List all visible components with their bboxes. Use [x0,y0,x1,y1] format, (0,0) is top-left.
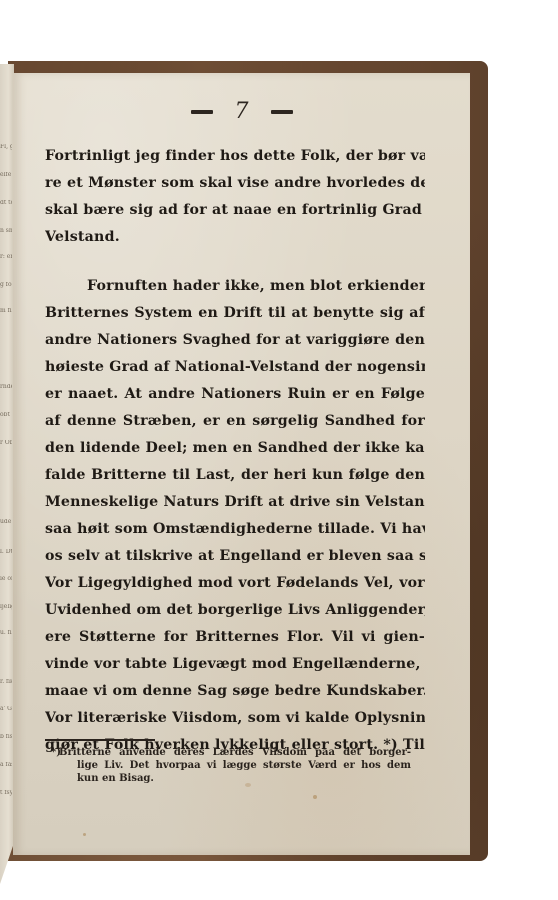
text-line: saa høit som Omstændighederne tillade. V… [45,516,425,543]
left-page-fragment: r Ob [0,440,12,446]
text-line: Vor literæriske Viisdom, som vi kalde Op… [45,705,425,732]
footnote-rule [45,739,155,741]
text-line: den lidende Deel; men en Sandhed der ikk… [45,435,425,462]
text-line: af denne Stræben, er en sørgelig Sandhed… [45,408,425,435]
header-dash-right [271,110,293,114]
text-line: Velstand. [45,224,425,251]
text-line: Fornuften hader ikke, men blot erkiender… [45,273,425,300]
left-page-fragment: ude fr [0,519,12,525]
left-page-fragment: l. Dt [0,549,12,555]
text-line: ere Støtterne for Britternes Flor. Vil v… [45,624,425,651]
left-page-fragment: dt to [0,200,12,206]
left-page-fragment: elfe [0,172,12,178]
left-page-fragment: g fo [0,282,12,288]
page-number: 7 [235,99,249,124]
left-page-fragment: Fl, g [0,144,12,150]
left-page-fragment: obt [0,412,12,418]
text-line: Fortrinligt jeg finder hos dette Folk, d… [45,143,425,170]
left-page-fragment: a fas [0,762,12,768]
left-page-fragment: rnde [0,384,12,390]
left-page-fragment: r. fik [0,679,12,685]
text-line: Britternes System en Drift til at benytt… [45,300,425,327]
left-page-fragment: n sna [0,228,12,234]
left-page-fragment: r: er [0,254,12,260]
page-body-text: Fortrinligt jeg finder hos dette Folk, d… [45,143,425,759]
text-line: skal bære sig ad for at naae en fortrinl… [45,197,425,224]
page-number-header: 7 [13,99,470,124]
text-line: Menneskelige Naturs Drift at drive sin V… [45,489,425,516]
left-page-fragment: b fis [0,734,12,740]
text-line: maae vi om denne Sag søge bedre Kundskab… [45,678,425,705]
text-line: Uvidenhed om det borgerlige Livs Anligge… [45,597,425,624]
footnote: *) Britterne anvende deres Lærdes Viisdo… [59,746,411,785]
book-page: 7 Fortrinligt jeg finder hos dette Folk,… [13,73,470,855]
left-page-fragment: u. fis [0,630,12,636]
footnote-line: lige Liv. Det hvorpaa vi lægge største V… [59,759,411,772]
text-line: er naaet. At andre Nationers Ruin er en … [45,381,425,408]
left-facing-page-edge: Fl, g elfe dt to n sna r: er g fo m fi r… [0,64,14,884]
left-page-fragment: m fi [0,308,12,314]
header-dash-left [191,110,213,114]
text-line: andre Nationers Svaghed for at variggiør… [45,327,425,354]
left-page-fragment: ljelig [0,604,12,610]
left-page-fragment: a' Gr [0,706,12,712]
footnote-line: Britterne anvende deres Lærdes Viisdom p… [59,746,411,759]
footnote-marker: *) [51,746,61,759]
left-page-fragment: t fsyr [0,790,12,796]
text-line: falde Britterne til Last, der heri kun f… [45,462,425,489]
text-line: Vor Ligegyldighed mod vort Fødelands Vel… [45,570,425,597]
text-line: re et Mønster som skal vise andre hvorle… [45,170,425,197]
footnote-line: kun en Bisag. [59,772,411,785]
text-line: vinde vor tabte Ligevægt mod Engellænder… [45,651,425,678]
text-line: høieste Grad af National-Velstand der no… [45,354,425,381]
left-page-fragment: ie om [0,576,12,582]
text-line: os selv at tilskrive at Engelland er ble… [45,543,425,570]
